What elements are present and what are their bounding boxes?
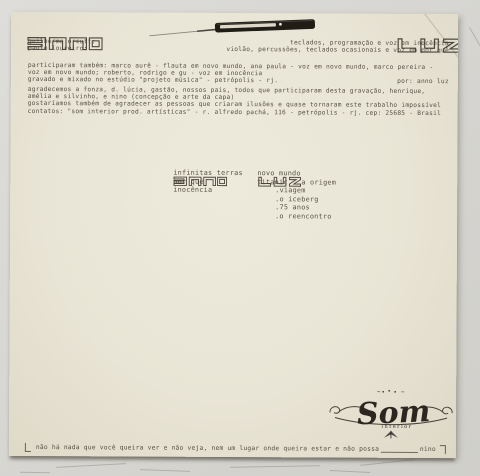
track-title: inocência (173, 186, 243, 195)
quote-author: nino (420, 446, 436, 453)
produced-by: por: anno luz (397, 78, 449, 85)
luz-logo: luz (396, 18, 458, 35)
tracklist-side-a-header: anno (173, 153, 227, 164)
quote-text: não há nada que você queira ver e não ve… (36, 444, 379, 453)
album-back-cover: anno luz (9, 12, 458, 458)
track-title: infinitas terras (173, 169, 243, 178)
musician-name: paulo loureiro: (28, 45, 88, 52)
track-title-row: titanic .a origem (257, 178, 336, 187)
scratch-mark (20, 472, 50, 474)
contacts-line: contatos: "som interior prod. artísticas… (28, 108, 441, 117)
scratch-mark (469, 27, 480, 53)
left-bracket-mark (25, 443, 31, 452)
tracklist-side-b: novo mundo titanic .a origem .viagem .o … (257, 169, 336, 221)
scratch-mark (56, 463, 126, 468)
photo-background: anno luz (0, 0, 480, 476)
suite-part: .o iceberg (275, 195, 336, 204)
suite-part: .viagem (275, 186, 336, 195)
bottom-quote: não há nada que você queira ver e não ve… (25, 441, 446, 456)
track-title: titanic (257, 178, 287, 186)
track-title: por quê (173, 177, 243, 186)
musician-credit-row: paulo loureiro: violão, percussões, tecl… (28, 45, 449, 54)
label-subname-text: interior (381, 424, 412, 430)
tracklist-side-b-header: luz (257, 153, 301, 164)
quote-underline (381, 445, 418, 452)
anno-logo: anno (27, 16, 103, 33)
musician-roles: violão, percussões, teclados ocasionais … (226, 46, 449, 54)
scratch-mark (230, 465, 320, 468)
pen-icon (149, 16, 322, 41)
suite-part: .a origem (297, 178, 336, 186)
scratch-mark (360, 459, 415, 466)
som-interior-logo: Som interior (327, 386, 455, 439)
som-interior-logo-icon: Som interior (327, 386, 455, 439)
right-bracket-mark (440, 445, 446, 454)
suite-part: .75 anos (275, 204, 336, 213)
scratch-mark (140, 469, 190, 472)
track-title: novo mundo (257, 169, 336, 178)
recording-credit-row: gravado e mixado no estúdio "projeto mús… (28, 76, 449, 85)
recording-info: gravado e mixado no estúdio "projeto mús… (28, 76, 278, 84)
suite-part: .o reencontro (275, 212, 336, 221)
tracklist-side-a: infinitas terras por quê inocência (173, 169, 243, 195)
scratch-mark (330, 470, 370, 473)
